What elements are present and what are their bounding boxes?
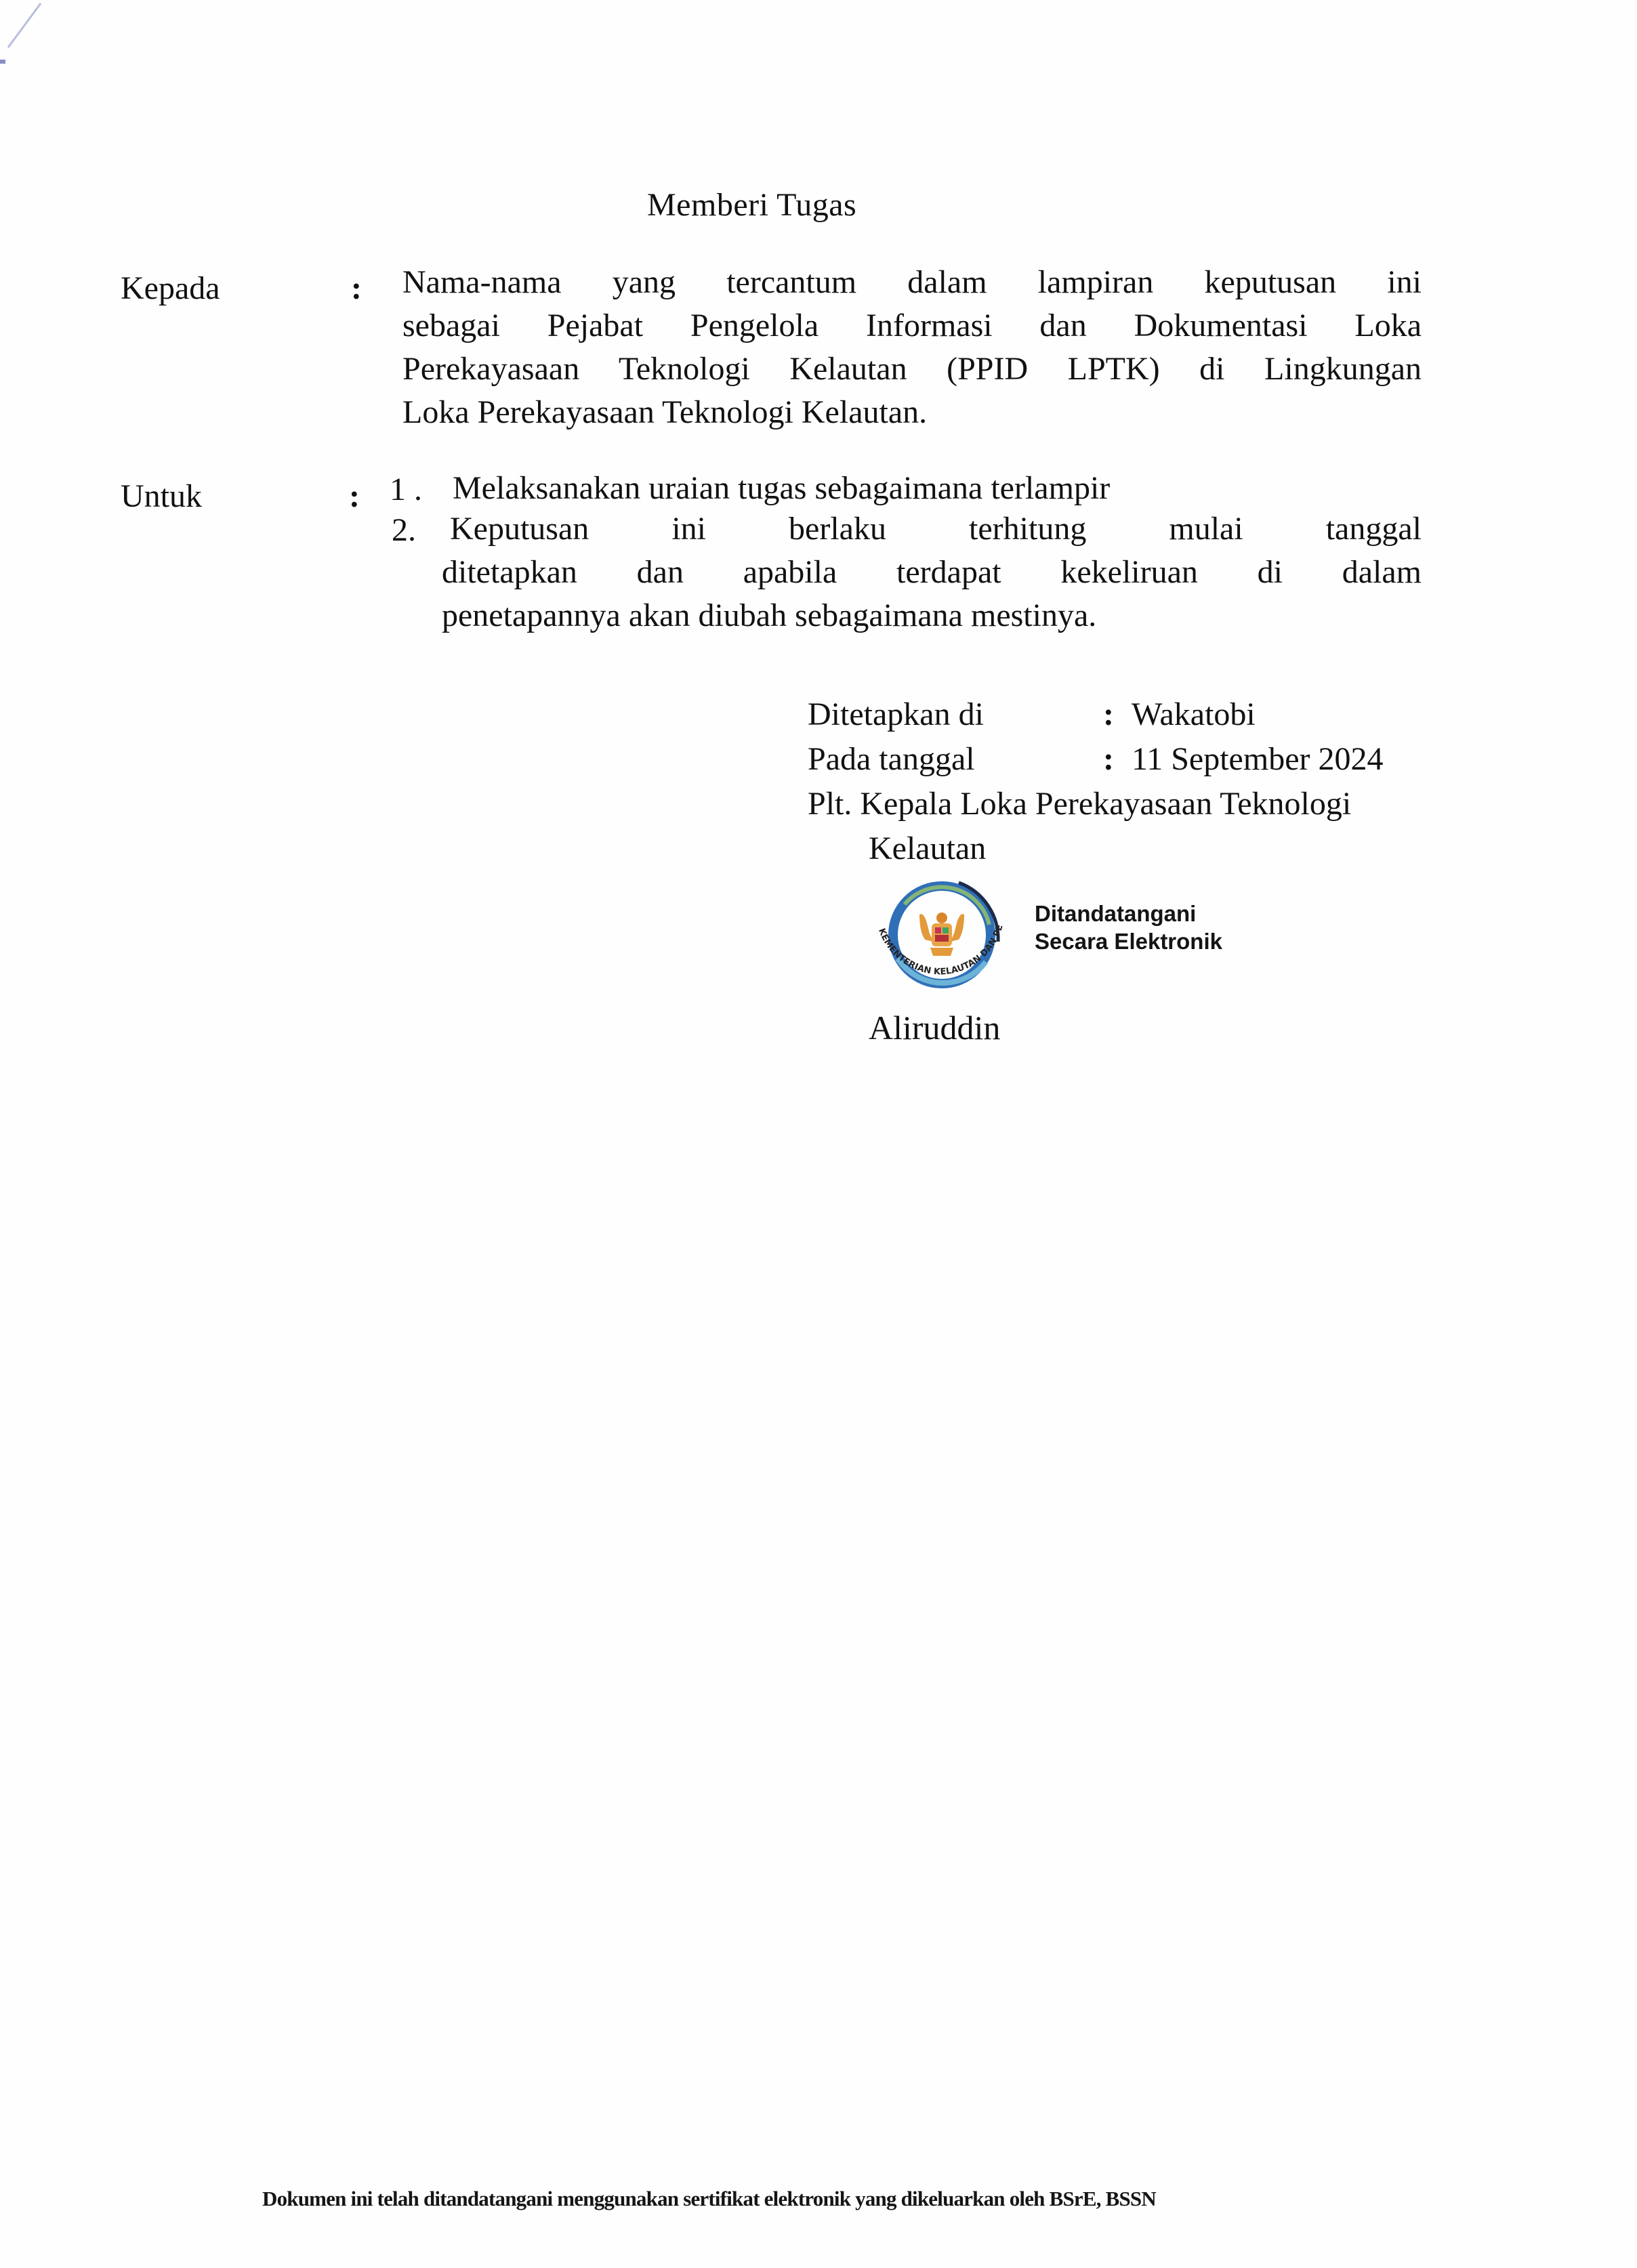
scan-mark-icon	[0, 0, 47, 68]
place-colon: :	[1103, 692, 1114, 737]
date-colon: :	[1103, 737, 1114, 782]
untuk-colon: :	[349, 478, 360, 515]
kepada-line-2: sebagai Pejabat Pengelola Informasi dan …	[402, 304, 1422, 348]
kepada-label: Kepada	[121, 270, 220, 307]
list-item-1-line-1: Melaksanakan uraian tugas sebagaimana te…	[453, 467, 1422, 511]
kepada-line-4: Loka Perekayasaan Teknologi Kelautan.	[402, 391, 1422, 434]
signer-title-line-1: Plt. Kepala Loka Perekayasaan Teknologi	[808, 782, 1351, 826]
list-item-1: Melaksanakan uraian tugas sebagaimana te…	[453, 467, 1422, 511]
list-item-2-line-3: penetapannya akan diubah sebagaimana mes…	[442, 595, 1422, 638]
place-row: Ditetapkan di : Wakatobi	[808, 692, 1351, 737]
list-item-2-line-1: Keputusan ini berlaku terhitung mulai ta…	[442, 508, 1422, 551]
signature-block: Ditetapkan di : Wakatobi Pada tanggal : …	[808, 692, 1351, 871]
footer-certificate-note: Dokumen ini telah ditandatangani menggun…	[262, 2187, 1156, 2211]
place-value: Wakatobi	[1132, 692, 1256, 737]
list-item-2: Keputusan ini berlaku terhitung mulai ta…	[442, 508, 1422, 638]
date-value: 11 September 2024	[1132, 737, 1383, 782]
document-heading: Memberi Tugas	[647, 186, 856, 224]
list-item-2-number: 2.	[392, 511, 416, 549]
list-item-2-line-2: ditetapkan dan apabila terdapat kekeliru…	[442, 551, 1422, 595]
signer-title-line-2: Kelautan	[808, 826, 1351, 871]
list-item-1-number: 1 .	[390, 471, 422, 508]
kepada-line-3: Perekayasaan Teknologi Kelautan (PPID LP…	[402, 348, 1422, 391]
e-sign-line-1: Ditandatangani	[1035, 900, 1222, 927]
date-row: Pada tanggal : 11 September 2024	[808, 737, 1351, 782]
place-label: Ditetapkan di	[808, 692, 984, 737]
kepada-text: Nama-nama yang tercantum dalam lampiran …	[402, 261, 1422, 434]
signer-name: Aliruddin	[869, 1008, 1000, 1047]
electronic-signature-label: Ditandatangani Secara Elektronik	[1035, 900, 1222, 955]
kepada-line-1: Nama-nama yang tercantum dalam lampiran …	[402, 261, 1422, 304]
kkp-emblem-icon: KEMENTERIAN KELAUTAN DAN PERIKANAN	[857, 877, 1027, 1013]
e-sign-line-2: Secara Elektronik	[1035, 927, 1222, 955]
document-page: Memberi Tugas Kepada : Nama-nama yang te…	[0, 0, 1637, 2268]
garuda-shape	[919, 912, 964, 956]
kepada-colon: :	[351, 270, 362, 307]
untuk-label: Untuk	[121, 478, 202, 515]
date-label: Pada tanggal	[808, 737, 975, 782]
